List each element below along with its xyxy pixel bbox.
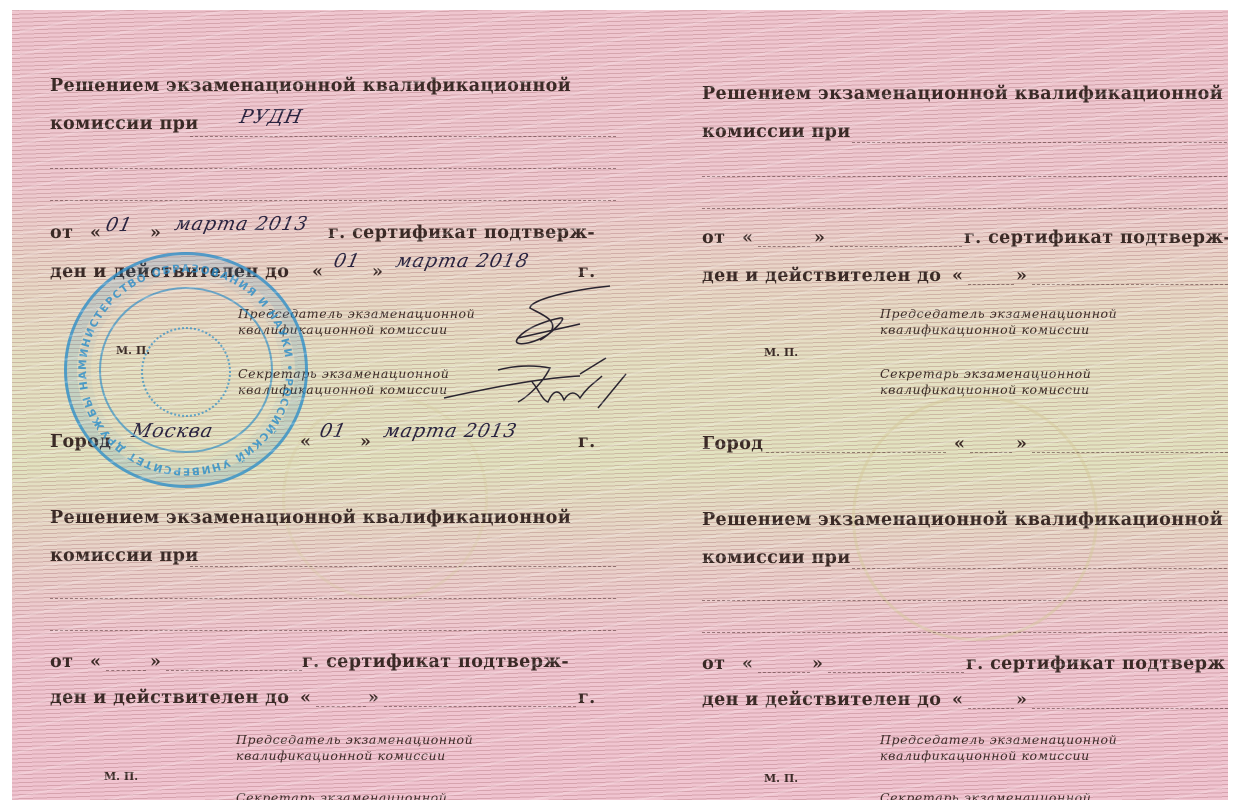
signatures — [430, 278, 640, 418]
cert-confirmed-text: г. сертификат подтверж — [966, 654, 1225, 674]
stamp-place-label: М. П. — [104, 770, 138, 783]
valid-until-label: ден и действителен до — [702, 266, 941, 286]
until-day-field[interactable] — [316, 706, 366, 707]
until-close-quote: » — [1016, 266, 1027, 286]
date-handwritten: марта 2013 — [382, 420, 520, 442]
secretary-title-1: Секретарь экзаменационной — [880, 366, 1091, 382]
until-open-quote: « — [312, 262, 323, 282]
until-date-handwritten: марта 2018 — [394, 250, 532, 272]
until-year-suffix: г. — [578, 688, 596, 708]
commission-field-rule-2[interactable] — [702, 176, 1228, 177]
from-date-field[interactable] — [166, 670, 302, 671]
cert-confirmed-text: г. сертификат подтверж- — [302, 652, 569, 672]
from-close-quote: » — [150, 652, 161, 672]
commission-field-rule — [190, 136, 616, 137]
cert-confirmed-text: г. сертификат подтверж- — [964, 228, 1228, 248]
secretary-title-1: Секретарь экзаменационной — [880, 790, 1091, 800]
until-close-quote: » — [368, 688, 379, 708]
svg-text:МИНИСТЕРСТВО ОБРАЗОВАНИЯ И НАУ: МИНИСТЕРСТВО ОБРАЗОВАНИЯ И НАУКИ • РОССИ… — [67, 255, 295, 477]
until-day-handwritten: 01 — [332, 250, 363, 272]
from-day-field[interactable] — [106, 670, 146, 671]
city-label: Город — [702, 434, 763, 454]
chairman-title-1: Председатель экзаменационной — [880, 732, 1117, 748]
until-close-quote: » — [372, 262, 383, 282]
left-page: Решением экзаменационной квалификационно… — [12, 10, 632, 800]
commission-field-rule-2 — [50, 168, 616, 169]
from-day-field[interactable] — [758, 672, 810, 673]
commission-label: комиссии при — [50, 546, 199, 566]
until-open-quote: « — [952, 266, 963, 286]
commission-label: комиссии при — [702, 548, 851, 568]
from-open-quote: « — [742, 228, 753, 248]
chairman-title-1: Председатель экзаменационной — [880, 306, 1117, 322]
date-close-quote: » — [1016, 434, 1027, 454]
stamp-place-label: М. П. — [764, 346, 798, 359]
secretary-title-1: Секретарь экзаменационной — [236, 790, 447, 800]
stamp-text: МИНИСТЕРСТВО ОБРАЗОВАНИЯ И НАУКИ • РОССИ… — [67, 255, 295, 477]
commission-field-rule-2[interactable] — [50, 598, 616, 599]
secretary-title-2: квалификационной комиссии — [880, 382, 1090, 398]
chairman-title-2: квалификационной комиссии — [236, 748, 446, 764]
from-close-quote: » — [814, 228, 825, 248]
date-close-quote: » — [360, 432, 371, 452]
from-day-handwritten: 01 — [104, 214, 135, 236]
from-day-field[interactable] — [758, 246, 810, 247]
chairman-title-2: квалификационной комиссии — [880, 322, 1090, 338]
commission-field-rule[interactable] — [190, 566, 616, 567]
city-field[interactable] — [766, 452, 946, 453]
chairman-title-1: Председатель экзаменационной — [236, 732, 473, 748]
decision-heading: Решением экзаменационной квалификационно… — [702, 84, 1223, 104]
date-open-quote: « — [954, 434, 965, 454]
cert-confirmed-text: г. сертификат подтверж- — [328, 223, 595, 243]
from-label: от — [702, 228, 725, 248]
from-label: от — [50, 223, 73, 243]
from-open-quote: « — [90, 652, 101, 672]
valid-until-label: ден и действителен до — [50, 688, 289, 708]
certificate-sheet: Решением экзаменационной квалификационно… — [12, 10, 1228, 800]
commission-field-rule-3 — [50, 200, 616, 201]
until-date-field[interactable] — [384, 706, 576, 707]
decision-heading: Решением экзаменационной квалификационно… — [702, 510, 1223, 530]
from-label: от — [50, 652, 73, 672]
from-open-quote: « — [742, 654, 753, 674]
commission-field-rule-2[interactable] — [702, 600, 1228, 601]
commission-label: комиссии при — [50, 114, 199, 134]
from-date-handwritten: марта 2013 — [173, 213, 311, 235]
commission-handwritten-value: РУДН — [238, 106, 305, 128]
chairman-title-2: квалификационной комиссии — [880, 748, 1090, 764]
commission-field-rule[interactable] — [852, 568, 1228, 569]
commission-field-rule-3[interactable] — [50, 630, 616, 631]
from-date-field[interactable] — [830, 246, 962, 247]
commission-label: комиссии при — [702, 122, 851, 142]
valid-until-label: ден и действителен до — [702, 690, 941, 710]
from-close-quote: » — [812, 654, 823, 674]
commission-field-rule-3[interactable] — [702, 208, 1228, 209]
from-open-quote: « — [90, 223, 101, 243]
official-round-stamp: МИНИСТЕРСТВО ОБРАЗОВАНИЯ И НАУКИ • РОССИ… — [64, 252, 308, 488]
decision-heading: Решением экзаменационной квалификационно… — [50, 76, 571, 96]
decision-heading: Решением экзаменационной квалификационно… — [50, 508, 571, 528]
commission-field-rule[interactable] — [852, 142, 1228, 143]
until-date-field[interactable] — [1032, 284, 1228, 285]
date-suffix: г. — [578, 432, 596, 452]
from-label: от — [702, 654, 725, 674]
until-close-quote: » — [1016, 690, 1027, 710]
until-open-quote: « — [300, 688, 311, 708]
commission-field-rule-3[interactable] — [702, 632, 1228, 633]
from-close-quote: » — [150, 223, 161, 243]
until-day-field[interactable] — [968, 708, 1014, 709]
date-day-handwritten: 01 — [318, 420, 349, 442]
stamp-place-label: М. П. — [764, 772, 798, 785]
from-date-field[interactable] — [828, 672, 964, 673]
date-field[interactable] — [1032, 452, 1228, 453]
until-date-field[interactable] — [1032, 708, 1228, 709]
right-page: Решением экзаменационной квалификационно… — [642, 10, 1228, 800]
until-open-quote: « — [952, 690, 963, 710]
date-day-field[interactable] — [970, 452, 1012, 453]
until-day-field[interactable] — [968, 284, 1014, 285]
